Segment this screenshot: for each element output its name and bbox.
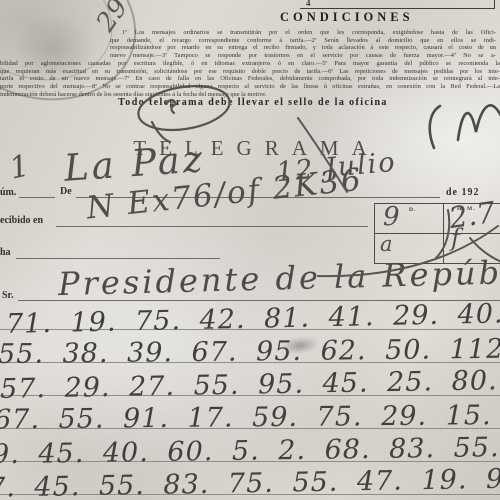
code-row: 71. 19. 75. 42. 81. 41. 29. 40. 45. — [0, 296, 500, 330]
code-row: 67. 55. 91. 17. 59. 75. 29. 15. 48. — [0, 395, 500, 429]
num-rule — [19, 183, 55, 198]
conditions-line: 1ª Los mensajes ordinarios se transmitir… — [110, 29, 496, 37]
fecha-rule — [16, 244, 220, 259]
conditions-text: 1ª Los mensajes ordinarios se transmitir… — [0, 29, 500, 98]
day-handwriting: 9 — [383, 202, 400, 232]
code-row: 55. 38. 39. 67. 95. 62. 50. 112. 10. — [0, 329, 500, 363]
conditions-line: que demande, el recargo correspondiente … — [110, 37, 496, 45]
code-numbers: 7. 45. 55. 83. 75. 55. 47. 19. 99. — [0, 463, 500, 500]
day-header: D. — [409, 207, 416, 213]
code-row: 57. 29. 27. 55. 95. 45. 25. 80. 32. — [0, 362, 500, 396]
code-row: 7. 45. 55. 83. 75. 55. 47. 19. 99. — [0, 461, 500, 495]
telegram-scan: 29 4 CONDICIONES 1ª Los mensajes ordinar… — [0, 0, 500, 500]
conditions-line: nuevo mensaje.—3ª Tampoco se responde po… — [110, 52, 496, 60]
conditions-line: que requieran más exactitud en su transm… — [0, 68, 500, 76]
conditions-line: responsabilizándose por retardo en su en… — [110, 44, 496, 52]
recibido-label: ecibido en — [0, 215, 43, 226]
fecha-label: ha — [0, 247, 11, 258]
conditions-line: bilidad por aglomeraciones causadas por … — [0, 60, 500, 68]
cut-form-box — [300, 0, 495, 9]
time-box-row-divider — [375, 233, 500, 234]
conditions-title: CONDICIONES — [280, 10, 414, 25]
num-label: úm. — [0, 187, 16, 198]
code-row: 9. 45. 40. 60. 5. 2. 68. 83. 55. 71. 6 — [0, 428, 500, 462]
corner-tick-mark: 4 — [306, 0, 311, 8]
conditions-line: tarifa el costo de un nuevo mensaje.—7ª … — [0, 75, 500, 83]
seal-notice: Todo telegrama debe llevar el sello de l… — [58, 97, 448, 108]
year-label: de 192 — [446, 187, 480, 198]
conditions-line: porte respectivo del mensaje.—8ª No se c… — [0, 83, 500, 91]
